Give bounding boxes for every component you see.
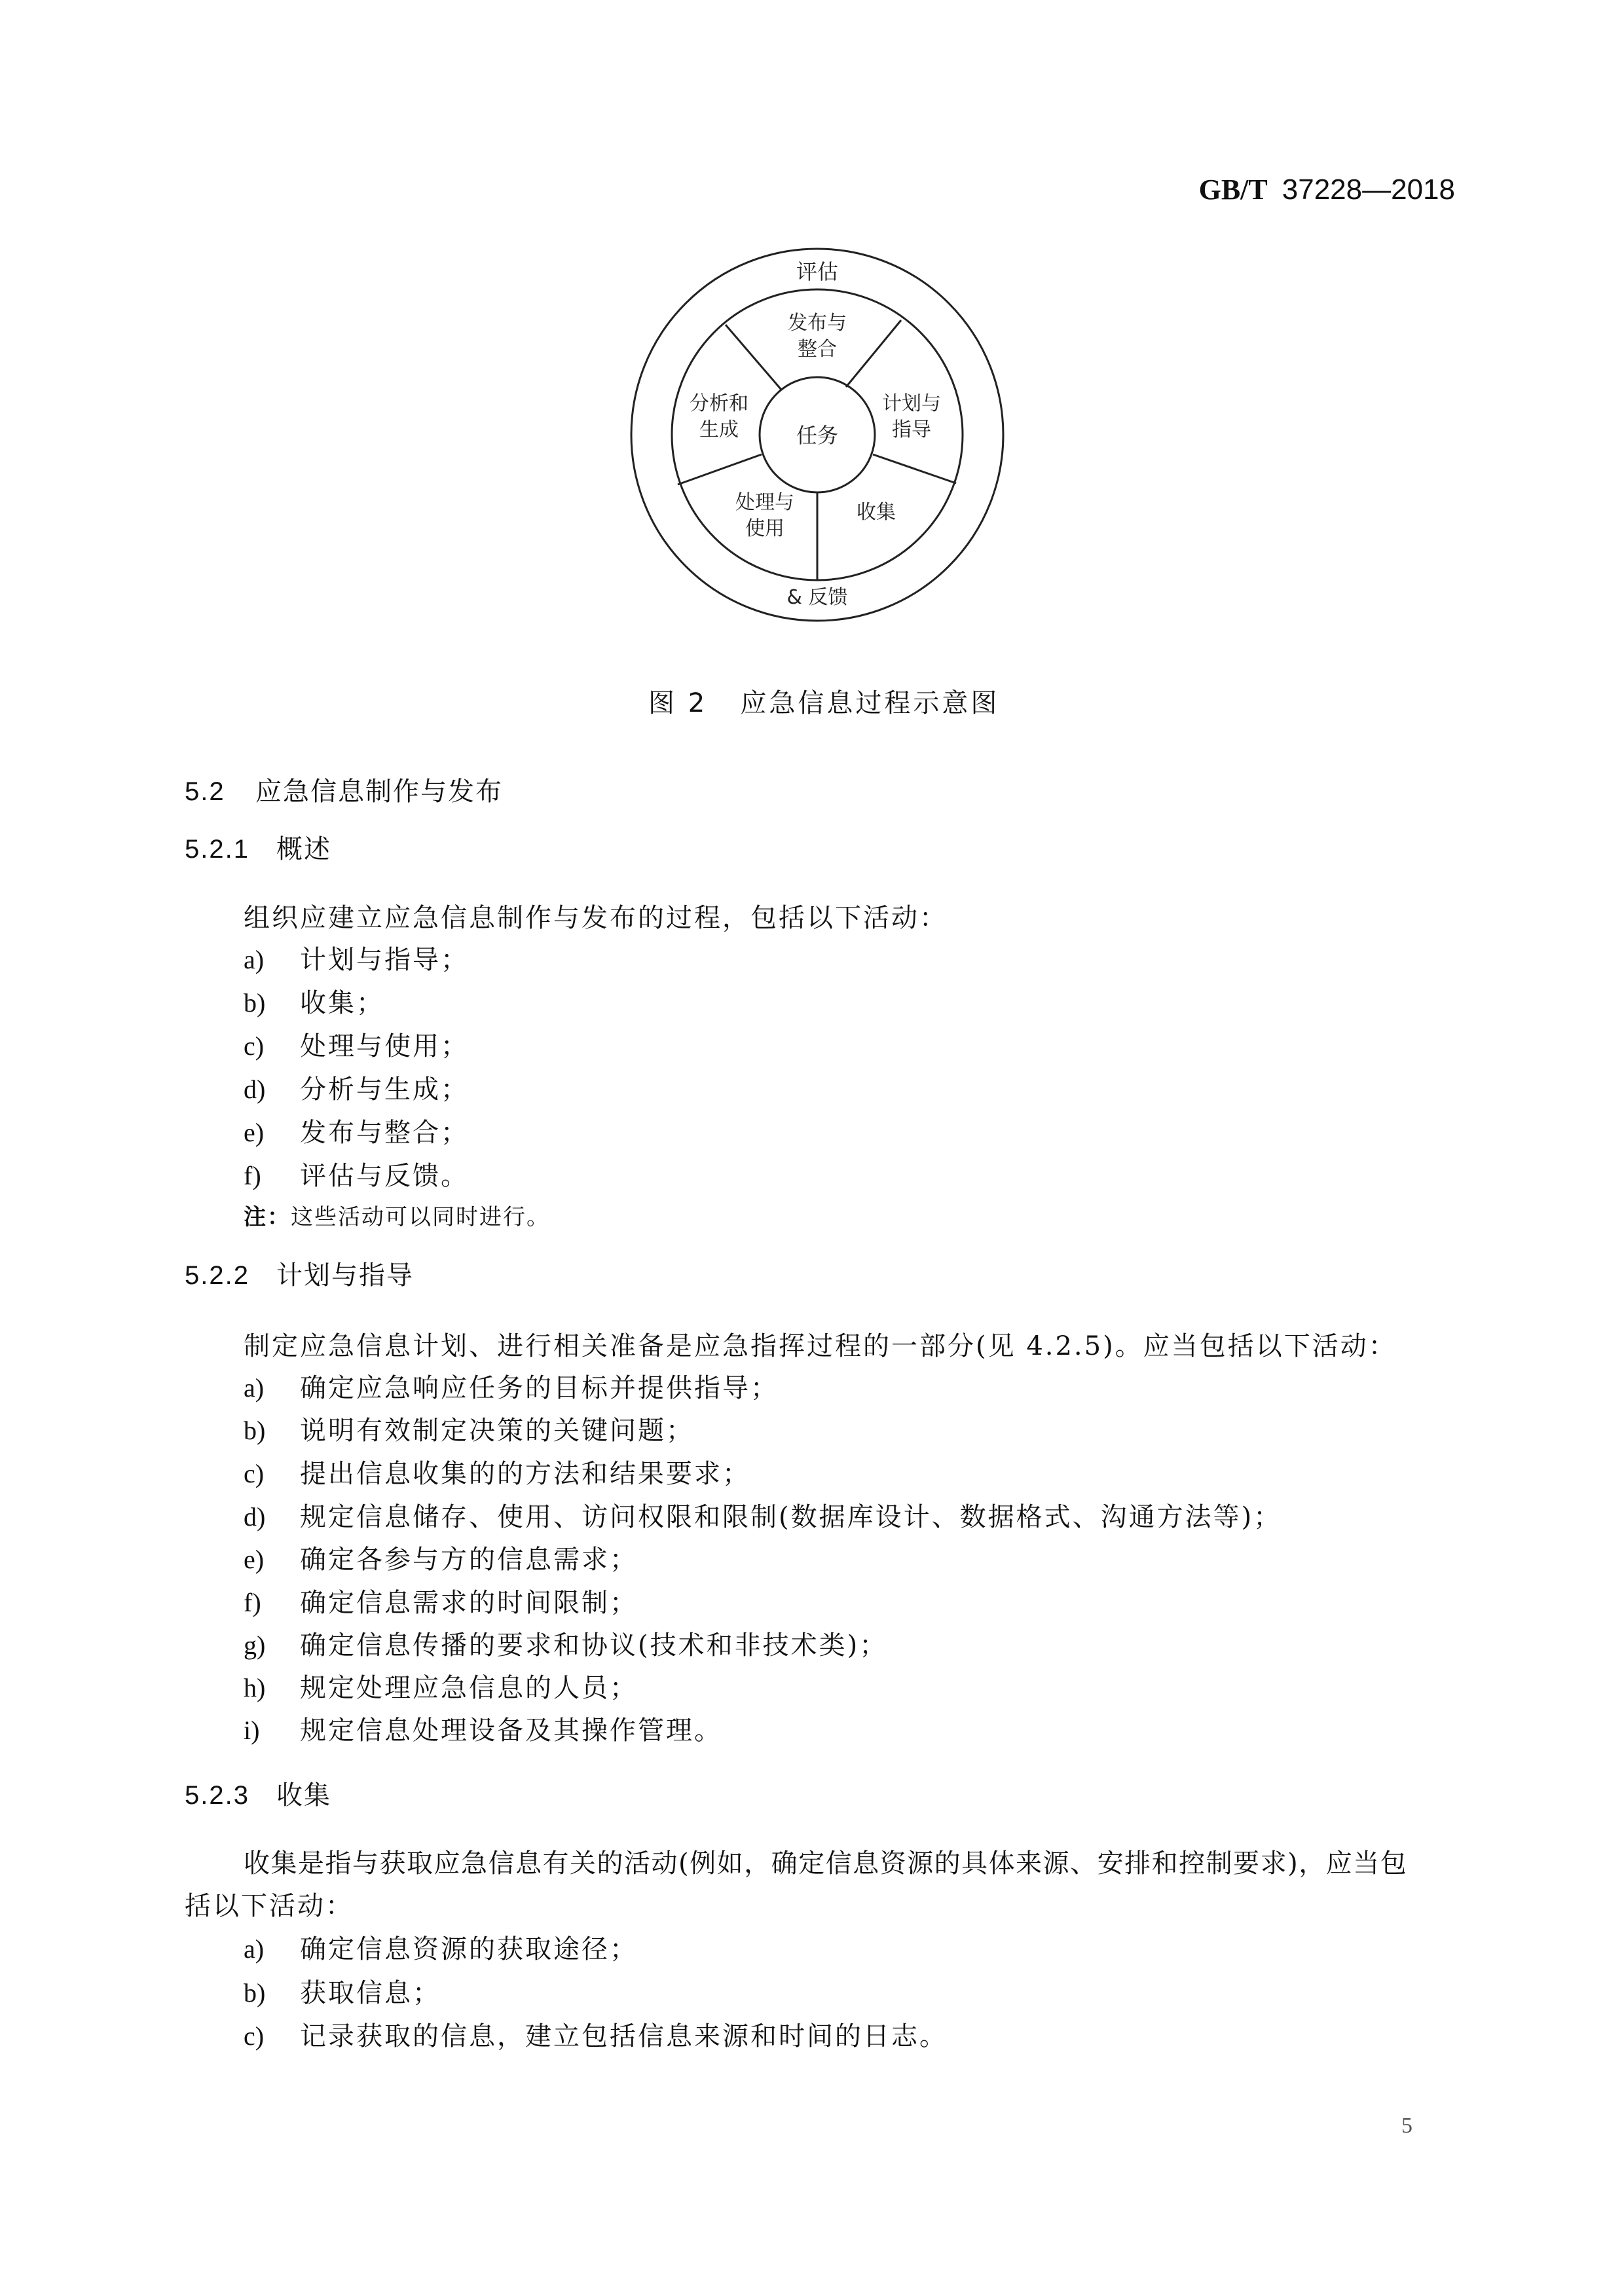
ring-label-evaluate: 评估 xyxy=(796,259,838,284)
divider-upper-right xyxy=(846,320,901,387)
process-diagram: 评估 & 反馈 任务 发布与 整合 计划与 指导 收集 处理与 使用 分析和 生… xyxy=(616,236,1022,635)
list-item: d)规定信息储存、使用、访问权限和限制(数据库设计、数据格式、沟通方法等)； xyxy=(244,1504,1282,1530)
segment-analyze-line2: 生成 xyxy=(699,418,739,441)
segment-process-line1: 处理与 xyxy=(735,491,794,514)
segment-analyze-line1: 分析和 xyxy=(690,392,748,415)
list-item: c)提出信息收集的的方法和结果要求； xyxy=(244,1461,750,1487)
list-item: f)评估与反馈。 xyxy=(244,1163,469,1189)
paragraph-5-2-3-intro-line1: 收集是指与获取应急信息有关的活动(例如，确定信息资源的具体来源、安排和控制要求)… xyxy=(244,1850,1407,1877)
list-item: a)计划与指导； xyxy=(244,947,469,973)
list-item: b)获取信息； xyxy=(244,1980,441,2006)
section-number: 5.2.2 xyxy=(185,1262,276,1289)
list-item: d)分析与生成； xyxy=(244,1076,469,1103)
list-item: b)收集； xyxy=(244,990,384,1016)
section-heading-5-2-3: 5.2.3收集 xyxy=(185,1782,331,1808)
ring-label-feedback: & 反馈 xyxy=(787,586,848,609)
section-title: 应急信息制作与发布 xyxy=(255,777,503,807)
paragraph-5-2-3-intro-line2: 括以下活动： xyxy=(185,1893,354,1919)
section-number: 5.2.3 xyxy=(185,1782,276,1808)
list-item: g)确定信息传播的要求和协议(技术和非技术类)； xyxy=(244,1632,887,1659)
list-item: i)规定信息处理设备及其操作管理。 xyxy=(244,1717,722,1744)
list-item: a)确定信息资源的获取途径； xyxy=(244,1936,638,1962)
paragraph-5-2-1-intro: 组织应建立应急信息制作与发布的过程，包括以下活动： xyxy=(244,905,948,931)
document-header: GB/T 37228—2018 xyxy=(1199,175,1455,204)
section-number: 5.2 xyxy=(185,779,255,805)
figure-caption-label: 图 2 xyxy=(648,688,707,718)
section-title: 收集 xyxy=(276,1780,331,1810)
paragraph-5-2-2-intro: 制定应急信息计划、进行相关准备是应急指挥过程的一部分(见 4.2.5)。应当包括… xyxy=(244,1333,1397,1359)
section-heading-5-2-1: 5.2.1概述 xyxy=(185,836,331,862)
standard-number: 37228—2018 xyxy=(1282,174,1455,206)
list-item: c)记录获取的信息，建立包括信息来源和时间的日志。 xyxy=(244,2023,948,2049)
section-title: 计划与指导 xyxy=(276,1260,414,1291)
center-label-task: 任务 xyxy=(796,423,838,448)
segment-publish-line2: 整合 xyxy=(798,338,837,361)
list-item: e)发布与整合； xyxy=(244,1120,469,1146)
segment-plan-line2: 指导 xyxy=(892,418,931,441)
standard-prefix: GB/T xyxy=(1199,174,1268,206)
section-heading-5-2: 5.2应急信息制作与发布 xyxy=(185,779,503,805)
segment-publish-line1: 发布与 xyxy=(788,312,847,335)
list-item: a)确定应急响应任务的目标并提供指导； xyxy=(244,1375,779,1401)
divider-right xyxy=(873,454,956,483)
segment-process-line2: 使用 xyxy=(745,517,784,540)
segment-collect-line1: 收集 xyxy=(857,501,896,524)
note: 注：这些活动可以同时进行。 xyxy=(244,1206,550,1228)
list-item: c)处理与使用； xyxy=(244,1033,469,1059)
list-item: h)规定处理应急信息的人员； xyxy=(244,1675,638,1701)
page-number: 5 xyxy=(1401,2114,1412,2139)
figure-caption: 图 2 应急信息过程示意图 xyxy=(648,690,999,716)
list-item: b)说明有效制定决策的关键问题； xyxy=(244,1418,694,1444)
divider-left xyxy=(678,454,762,485)
figure-caption-title: 应急信息过程示意图 xyxy=(740,688,999,718)
list-item: f)确定信息需求的时间限制； xyxy=(244,1590,638,1616)
section-heading-5-2-2: 5.2.2计划与指导 xyxy=(185,1262,414,1289)
list-item: e)确定各参与方的信息需求； xyxy=(244,1547,638,1573)
divider-upper-left xyxy=(726,325,781,390)
segment-plan-line1: 计划与 xyxy=(882,392,941,415)
section-number: 5.2.1 xyxy=(185,836,276,862)
section-title: 概述 xyxy=(276,834,331,864)
note-label: 注： xyxy=(244,1204,291,1230)
note-text: 这些活动可以同时进行。 xyxy=(291,1204,550,1230)
